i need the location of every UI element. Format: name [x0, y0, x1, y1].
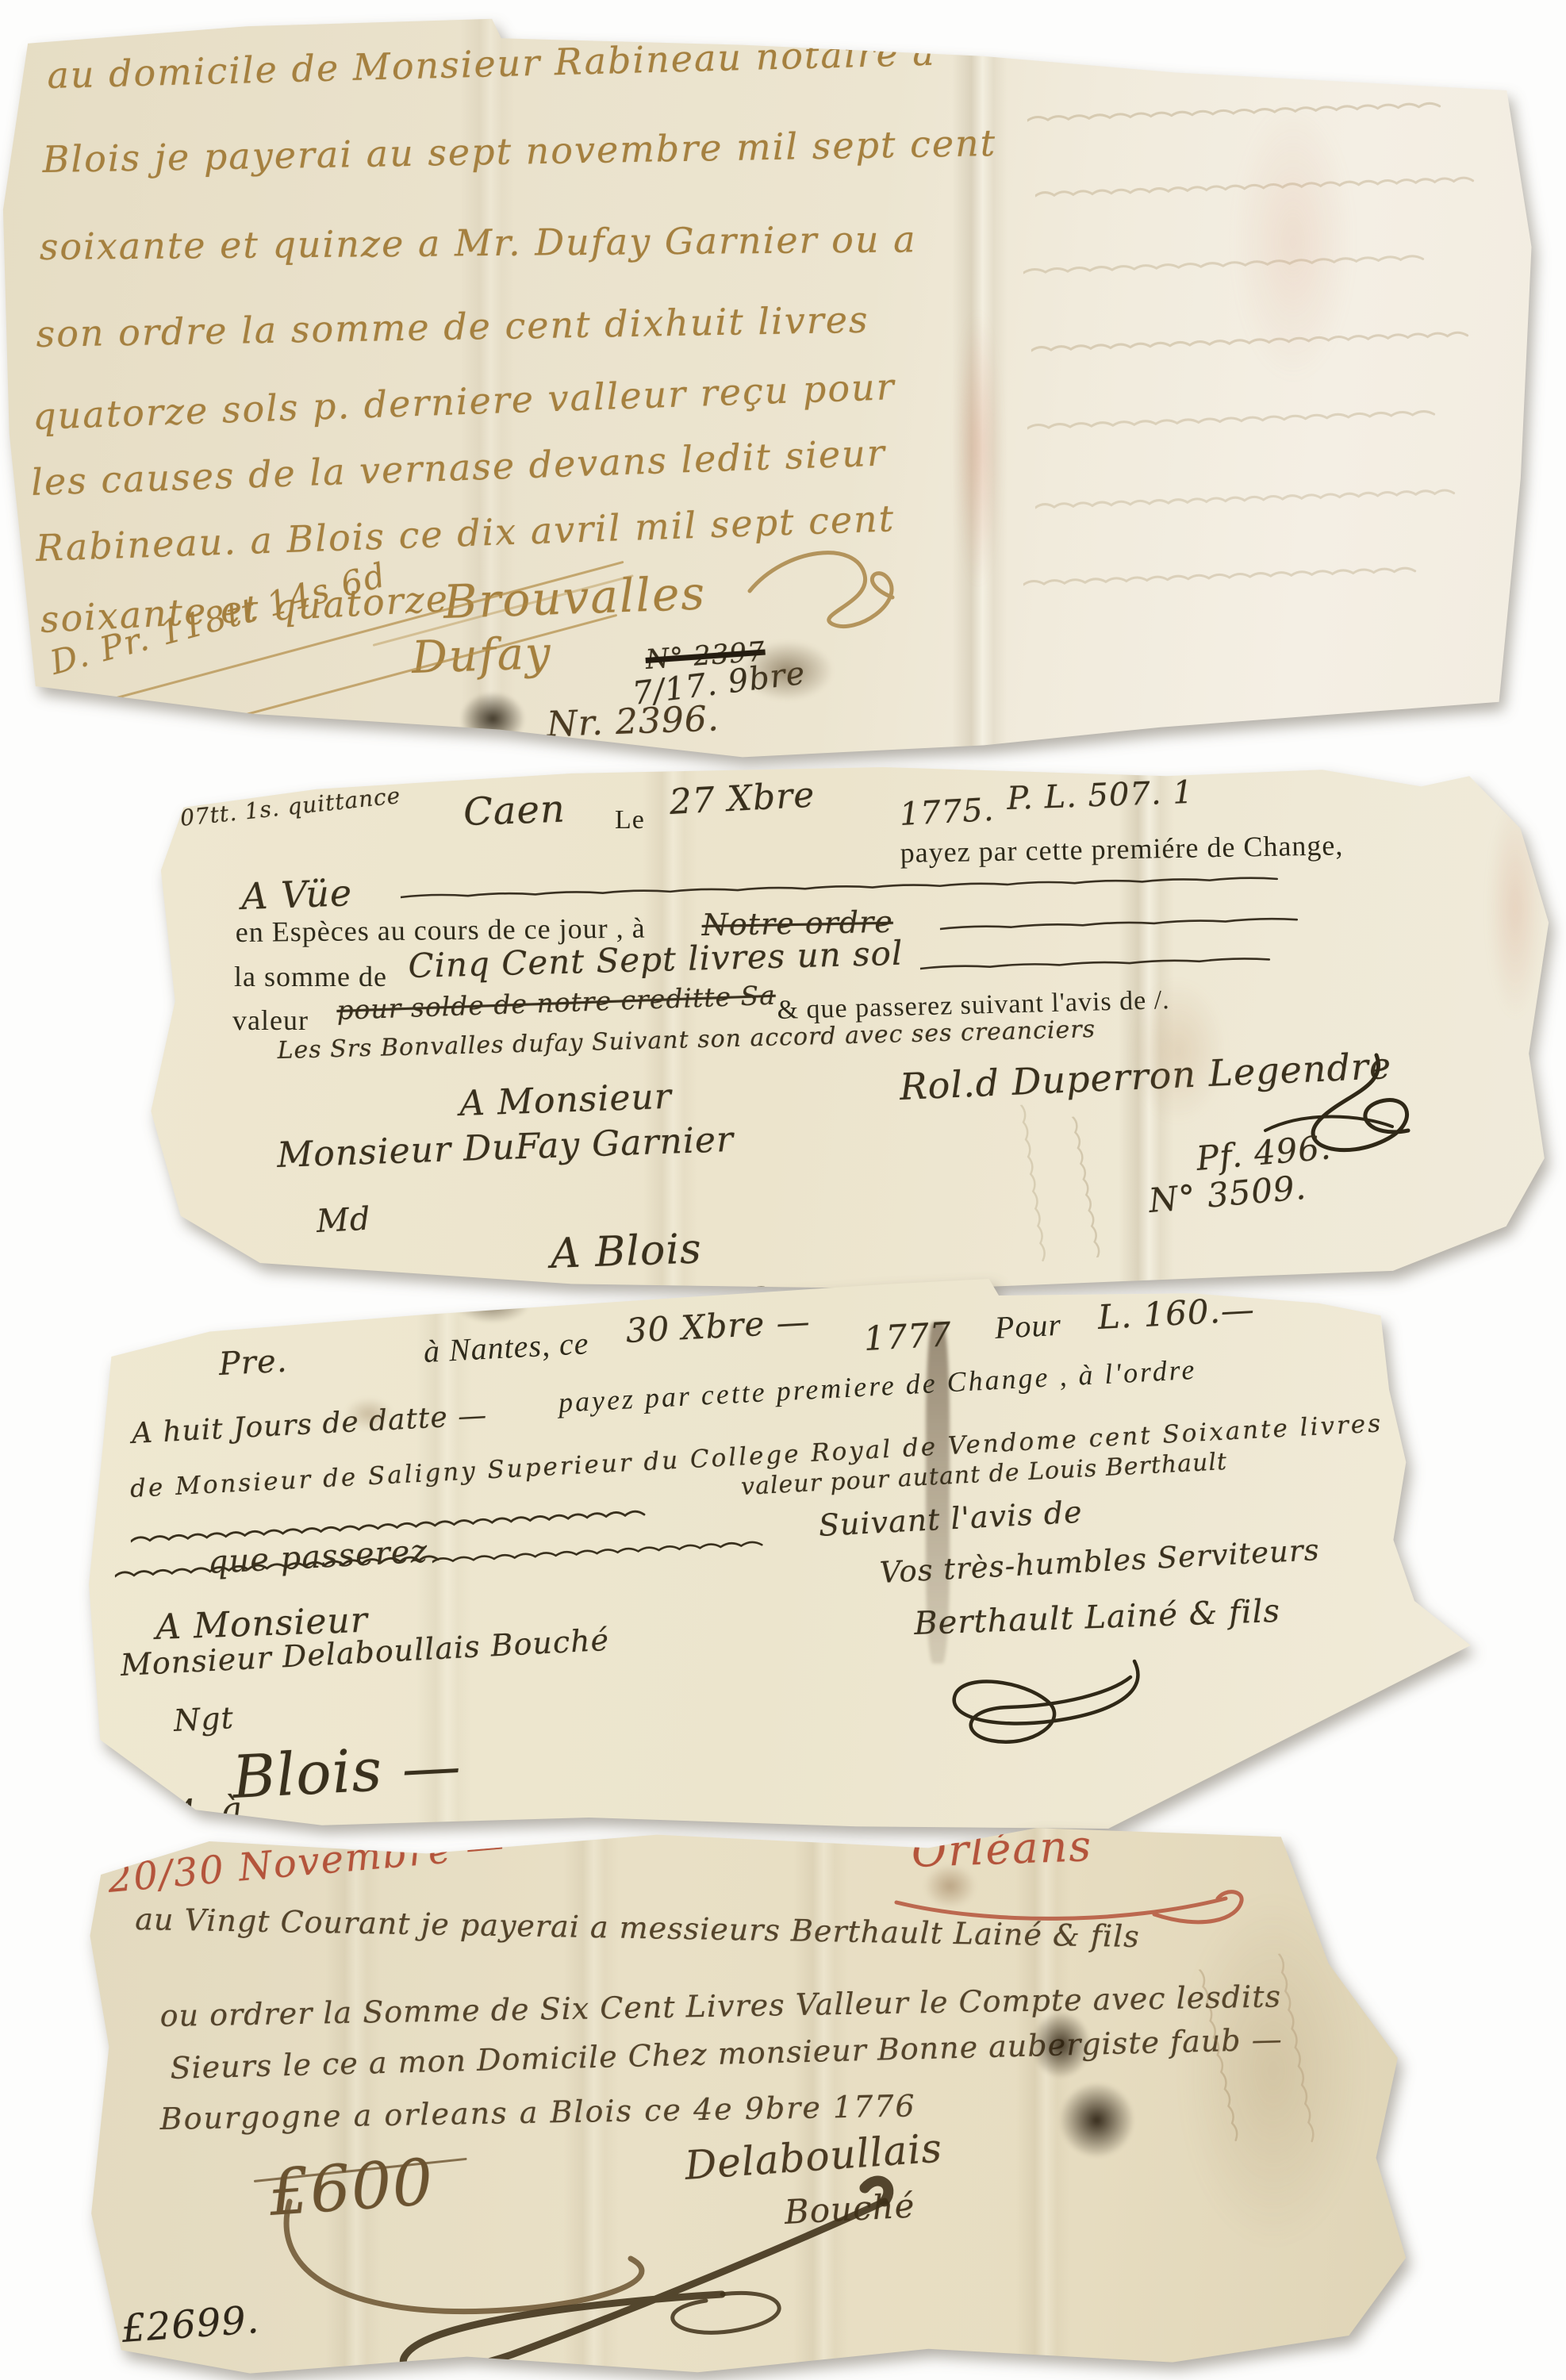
doc1-number-struck: N° 2397 — [645, 639, 766, 674]
document-2-paper: 507tt. 1s. quittance Caen Le 27 Xbre 177… — [147, 766, 1563, 1289]
doc3-printed-place: à Nantes, ce — [423, 1327, 589, 1368]
doc2-printed-payez: payez par cette premiére de Change, — [900, 831, 1343, 867]
doc3-day: 30 Xbre — — [625, 1305, 812, 1348]
doc3-corner-note: Pre. — [218, 1345, 288, 1380]
doc3-term-hand: A huit Jours de datte — — [131, 1402, 488, 1449]
doc4-red-date: 20/30 Novembre — — [106, 1825, 507, 1898]
doc2-accord-note: Les Srs Bonvalles dufay Suivant son acco… — [277, 1018, 1096, 1063]
doc2-printed-valeur: valeur — [232, 1006, 309, 1035]
ink-blot — [460, 692, 525, 746]
doc2-a-vue: A Vüe — [240, 874, 352, 915]
doc4-body-line-3: Sieurs le ce a mon Domicile Chez monsieu… — [170, 2024, 1283, 2083]
doc2-printed-le: Le — [615, 807, 645, 834]
doc4-grand-paraph — [274, 2166, 924, 2380]
ink-smudge — [455, 1285, 530, 1323]
ghost-writing — [1023, 562, 1421, 597]
doc2-printed-somme: la somme de — [234, 962, 387, 991]
doc3-avis-hand: Suivant l'avis de — [818, 1497, 1083, 1541]
doc2-address-2: Monsieur DuFay Garnier — [276, 1123, 734, 1173]
ink-blot — [1059, 2082, 1134, 2158]
doc2-ref-no: N° 3509. — [1147, 1171, 1307, 1218]
document-2: 507tt. 1s. quittance Caen Le 27 Xbre 177… — [147, 766, 1563, 1289]
red-chalk-streak — [1487, 797, 1543, 1019]
doc2-day: 27 Xbre — [669, 777, 816, 820]
doc2-corner-note: 507tt. 1s. quittance — [164, 785, 401, 831]
doc1-line-1: au domicile de Monsieur Rabineau notaire… — [47, 34, 936, 94]
doc4-red-place: Orléans — [911, 1825, 1093, 1874]
doc2-pl-note: P. L. 507. 1 — [1007, 777, 1195, 815]
doc2-year: 1775. — [899, 794, 995, 831]
ghost-writing — [1027, 96, 1457, 133]
ghost-writing — [1035, 171, 1480, 209]
document-3: Pre. à Nantes, ce 30 Xbre — 1777 Pour L.… — [83, 1279, 1487, 1834]
ghost-writing — [1009, 1104, 1052, 1264]
doc3-amount: L. 160.— — [1097, 1293, 1256, 1334]
document-4-paper: 20/30 Novembre — Orléans au Vingt Couran… — [87, 1825, 1444, 2380]
doc2-address-4: A Blois — [550, 1228, 702, 1275]
doc1-line-3: soixante et quinze a Mr. Dufay Garnier o… — [40, 221, 917, 265]
document-1-paper: au domicile de Monsieur Rabineau notaire… — [0, 16, 1547, 762]
doc1-signature-paraph — [738, 535, 920, 639]
doc2-address-1: A Monsieur — [459, 1080, 672, 1122]
ghost-writing — [1027, 405, 1449, 441]
doc3-humble-hand: Vos très-humbles Serviteurs — [879, 1535, 1320, 1587]
doc3-signature: Berthault Lainé & fils — [914, 1595, 1281, 1640]
doc4-ledger-number: £2699. — [121, 2301, 261, 2348]
ghost-writing — [1035, 483, 1468, 520]
red-chalk-streak — [956, 309, 1000, 587]
doc4-body-line-4: Bourgogne a orleans a Blois ce 4e 9bre 1… — [159, 2090, 916, 2134]
document-3-paper: Pre. à Nantes, ce 30 Xbre — 1777 Pour L.… — [83, 1279, 1487, 1834]
doc1-line-6: les causes de la vernase devans ledit si… — [30, 434, 886, 501]
doc2-place: Caen — [463, 790, 566, 831]
scan-canvas: au domicile de Monsieur Rabineau notaire… — [0, 0, 1566, 2380]
filler-rule — [401, 871, 1337, 907]
document-1: au domicile de Monsieur Rabineau notaire… — [0, 16, 1547, 762]
ghost-writing — [1061, 1115, 1106, 1260]
filler-rule — [940, 912, 1321, 939]
doc2-valeur-hand: pour solde de notre creditte Sa — [336, 982, 776, 1023]
filler-squiggle — [432, 1535, 773, 1575]
document-4: 20/30 Novembre — Orléans au Vingt Couran… — [87, 1825, 1444, 2380]
doc1-number: Nr. 2396. — [546, 701, 720, 743]
doc1-line-5: quatorze sols p. derniere valleur reçu p… — [32, 368, 896, 435]
doc3-address-3: Ngt — [173, 1702, 235, 1736]
doc1-line-2: Blois je payerai au sept novembre mil se… — [42, 125, 996, 178]
doc4-body-line-2: ou ordrer la Somme de Six Cent Livres Va… — [159, 1981, 1281, 2031]
doc1-line-4: son ordre la somme de cent dixhuit livre… — [36, 301, 869, 352]
doc2-address-3: Md — [316, 1203, 372, 1238]
ghost-writing — [1023, 249, 1437, 286]
filler-rule — [920, 953, 1293, 978]
doc3-year: 1777 — [863, 1318, 953, 1356]
doc3-bottom-place: Blois — — [231, 1737, 463, 1807]
doc3-printed-payez: payez par cette premiere de Change , à l… — [558, 1355, 1197, 1417]
ghost-writing — [1031, 326, 1472, 363]
doc3-printed-pour: Pour — [994, 1309, 1062, 1344]
doc3-signature-paraph — [920, 1645, 1158, 1772]
